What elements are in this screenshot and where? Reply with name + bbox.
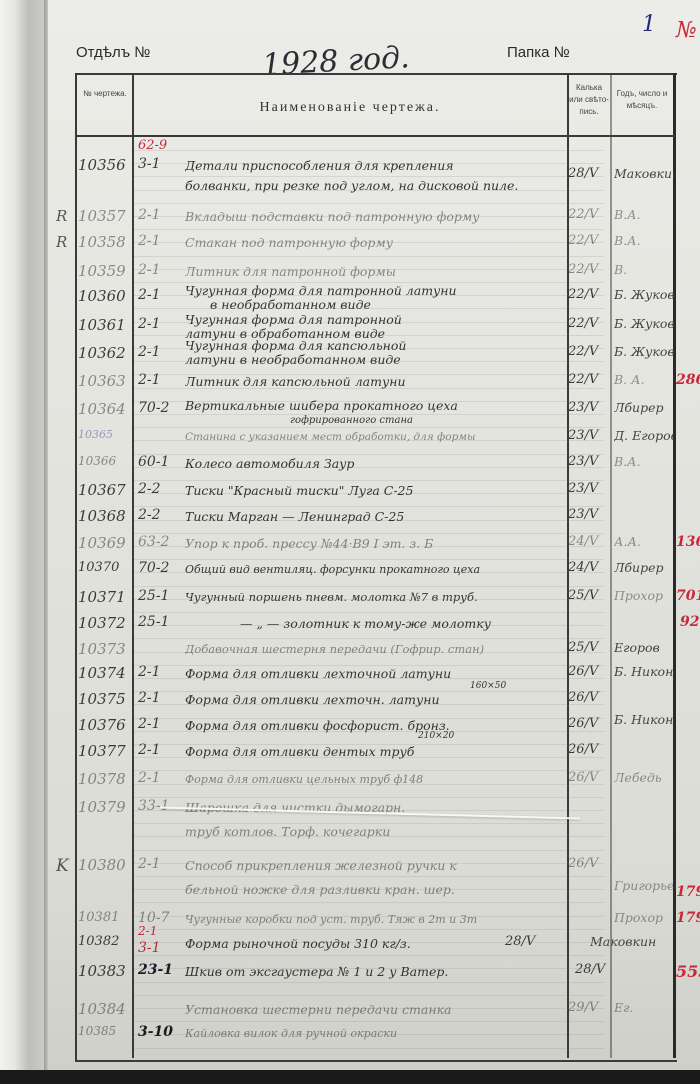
- drawing-number: 10365: [78, 428, 134, 441]
- col-header-title: Наименованіе чертежа.: [135, 100, 565, 116]
- drawing-date: 28/V: [505, 934, 549, 949]
- corner-red-mark: №: [676, 18, 697, 43]
- col-header-number: № чертежа.: [80, 88, 130, 100]
- drawing-date: 25/V: [568, 588, 612, 603]
- drawing-title: Шкив от эксгаустера № 1 и 2 у Ватер.: [185, 962, 565, 981]
- ruled-line: [134, 229, 604, 230]
- drawing-date: 26/V: [568, 856, 612, 871]
- drawing-date: 24/V: [568, 534, 612, 549]
- red-margin-number: 92: [680, 614, 699, 630]
- drawing-code: 2-1: [138, 262, 182, 278]
- drawing-number: 10362: [78, 344, 134, 362]
- drawing-code: 2-1: [138, 287, 182, 303]
- drawing-code: 2-1: [138, 372, 182, 388]
- red-code-annotation: 62-9: [138, 138, 167, 153]
- drawing-number: 10363: [78, 372, 134, 390]
- signature: Прохор: [614, 588, 674, 603]
- drawing-title: Чугунные коробки под уст. труб. Тяж в 2т…: [185, 910, 565, 929]
- red-code-annotation: 2-1: [138, 924, 157, 938]
- drawing-title: Колесо автомобиля Заур: [185, 454, 565, 473]
- drawing-title: Литник для капсюльной латуни: [185, 372, 565, 391]
- drawing-number: 10385: [78, 1024, 134, 1038]
- drawing-code: 70-2: [138, 560, 182, 576]
- drawing-title: Форма для отливки лехточн. латуни: [185, 690, 565, 709]
- signature: А.А.: [614, 534, 674, 549]
- drawing-title: Форма для отливки цельных труб ф148: [185, 770, 565, 789]
- signature: Б. Жуков: [614, 316, 674, 331]
- drawing-date: 26/V: [568, 716, 612, 731]
- col-header-tracing: Калька или свѣто-пись.: [569, 82, 609, 118]
- drawing-code: 2-1: [138, 716, 182, 732]
- drawing-number: 10384: [78, 1000, 134, 1018]
- drawing-code: 63-2: [138, 534, 182, 550]
- drawing-date: 23/V: [568, 400, 612, 415]
- ruled-line: [134, 638, 604, 639]
- signature: Маковкин: [614, 166, 674, 181]
- signature: Григорьев: [614, 878, 674, 893]
- drawing-number: 10360: [78, 287, 134, 305]
- drawing-number: 10380: [78, 856, 134, 874]
- margin-mark: R: [56, 233, 67, 251]
- drawing-code: 25-1: [138, 614, 182, 630]
- drawing-title-cont: труб котлов. Торф. кочегарки: [185, 822, 565, 841]
- drawing-number: 10356: [78, 156, 134, 174]
- drawing-code: 2-1: [138, 690, 182, 706]
- signature: Прохор: [614, 910, 674, 925]
- drawing-code: 25-1: [138, 588, 182, 604]
- drawing-number: 10382: [78, 934, 134, 949]
- signature: Лбирер: [614, 560, 674, 575]
- drawing-title: Общий вид вентиляц. форсунки прокатного …: [185, 560, 565, 579]
- drawing-date: 25/V: [568, 640, 612, 655]
- red-margin-number: 555: [676, 962, 700, 981]
- drawing-code: 2-2: [138, 507, 182, 523]
- drawing-date: 29/V: [568, 1000, 612, 1015]
- signature: В.А.: [614, 233, 674, 248]
- signature: Б. Никонов: [614, 712, 674, 727]
- drawing-number: 10369: [78, 534, 134, 552]
- drawing-title: Стакан под патронную форму: [185, 233, 565, 252]
- ruled-line: [134, 1021, 604, 1022]
- drawing-date: 23/V: [568, 507, 612, 522]
- red-margin-number: 136: [676, 534, 700, 550]
- drawing-code: 3-1: [138, 156, 182, 172]
- drawing-code: 2-1: [138, 856, 182, 872]
- drawing-title: Литник для патронной формы: [185, 262, 565, 281]
- drawing-date: 22/V: [568, 262, 612, 277]
- margin-mark: R: [56, 207, 67, 225]
- drawing-title: Способ прикрепления железной ручки к: [185, 856, 565, 875]
- ruled-line: [134, 982, 604, 983]
- drawing-date: 23/V: [568, 481, 612, 496]
- drawing-date: 22/V: [568, 344, 612, 359]
- drawing-number: 10378: [78, 770, 134, 788]
- header-row-divider: [75, 135, 675, 137]
- drawing-date: 22/V: [568, 207, 612, 222]
- drawing-date: 24/V: [568, 560, 612, 575]
- signature: Ег.: [614, 1000, 674, 1015]
- drawing-code: 2-1: [138, 316, 182, 332]
- drawing-number: 10372: [78, 614, 134, 632]
- drawing-date: 23/V: [568, 454, 612, 469]
- ruled-line: [134, 256, 604, 257]
- drawing-date: 28/V: [568, 166, 612, 181]
- drawing-title: Кайловка вилок для ручной окраски: [185, 1024, 565, 1043]
- drawing-number: 10379: [78, 798, 134, 816]
- drawing-title: Чугунный поршень пневм. молотка №7 в тру…: [185, 588, 565, 607]
- drawing-code: 3-10: [138, 1024, 182, 1040]
- drawing-code: 23-1: [138, 962, 182, 978]
- drawing-number: 10370: [78, 560, 134, 575]
- signature: Лбирер: [614, 400, 674, 415]
- ledger-binding: [0, 0, 48, 1084]
- ruled-line: [134, 876, 604, 877]
- drawing-title: — „ — золотник к тому-же молотку: [240, 614, 620, 633]
- drawing-code: 2-1: [138, 742, 182, 758]
- drawing-number: 10375: [78, 690, 134, 708]
- drawing-number: 10383: [78, 962, 134, 980]
- drawing-code: 3-1: [138, 940, 182, 956]
- ruled-line: [134, 850, 604, 851]
- ruled-line: [134, 955, 604, 956]
- drawing-code: 70-2: [138, 400, 182, 416]
- drawing-title: Установка шестерни передачи станка: [185, 1000, 565, 1019]
- drawing-title-cont: бельной ножке для разливки кран. шер.: [185, 880, 565, 899]
- ruled-line: [134, 902, 604, 903]
- drawing-number: 10359: [78, 262, 134, 280]
- drawing-title: Упор к проб. прессу №44·В9 I эт. з. Б: [185, 534, 565, 553]
- drawing-title: Станина с указанием мест обработки, для …: [185, 428, 565, 447]
- signature: Б. Никонов: [614, 664, 674, 679]
- folder-label: Папка №: [507, 44, 570, 61]
- drawing-date: 22/V: [568, 316, 612, 331]
- drawing-date: 23/V: [568, 428, 612, 443]
- drawing-code: 2-1: [138, 233, 182, 249]
- drawing-title-cont: болванки, при резке под углом, на дисков…: [185, 176, 565, 195]
- drawing-number: 10358: [78, 233, 134, 251]
- drawing-number: 10381: [78, 910, 134, 925]
- signature: В.А.: [614, 207, 674, 222]
- drawing-number: 10364: [78, 400, 134, 418]
- ruled-line: [134, 1048, 604, 1049]
- drawing-code: 2-2: [138, 481, 182, 497]
- drawing-code: 60-1: [138, 454, 182, 470]
- drawing-number: 10368: [78, 507, 134, 525]
- drawing-date: 28/V: [575, 962, 619, 977]
- drawing-number: 10376: [78, 716, 134, 734]
- drawing-title: Детали приспособления для крепления: [185, 156, 565, 175]
- red-margin-number: 286: [676, 372, 700, 388]
- drawing-code: 2-1: [138, 207, 182, 223]
- drawing-number: 10367: [78, 481, 134, 499]
- signature: В. А.: [614, 372, 674, 387]
- drawing-number: 10366: [78, 454, 134, 468]
- signature: Егоров: [614, 640, 674, 655]
- page-number: 1: [642, 12, 656, 37]
- red-margin-number: 1790: [676, 884, 700, 900]
- ruled-line: [134, 203, 604, 204]
- drawing-date: 26/V: [568, 770, 612, 785]
- col-header-date: Годъ, число и мѣсяцъ.: [612, 88, 672, 112]
- signature: Д. Егоров: [614, 428, 674, 443]
- signature: В.: [614, 262, 674, 277]
- drawing-title: Тиски "Красный тиски" Луга С-25: [185, 481, 565, 500]
- signature: В.А.: [614, 454, 674, 469]
- signature: Б. Жуков: [614, 287, 674, 302]
- drawing-title: Тиски Марган — Ленинград С-25: [185, 507, 565, 526]
- drawing-number: 10377: [78, 742, 134, 760]
- ruled-line: [134, 995, 604, 996]
- drawing-code: 2-1: [138, 770, 182, 786]
- signature: Лебедь: [614, 770, 674, 785]
- drawing-date: 22/V: [568, 372, 612, 387]
- drawing-number: 10371: [78, 588, 134, 606]
- ruled-line: [134, 929, 604, 930]
- margin-mark: K: [56, 856, 69, 876]
- signature: Б. Жуков: [614, 344, 674, 359]
- drawing-title: Форма для отливки дентых труб: [185, 742, 565, 761]
- drawing-date: 26/V: [568, 690, 612, 705]
- drawing-number: 10374: [78, 664, 134, 682]
- ruled-line: [134, 612, 604, 613]
- drawing-date: 22/V: [568, 233, 612, 248]
- drawing-number: 10373: [78, 640, 134, 658]
- drawing-title: Добавочная шестерня передачи (Гофрир. ст…: [185, 640, 565, 659]
- drawing-number: 10361: [78, 316, 134, 334]
- drawing-date: 22/V: [568, 287, 612, 302]
- signature: Маковкин: [590, 934, 670, 949]
- ruled-line: [134, 586, 604, 587]
- department-label: Отдѣлъ №: [76, 44, 150, 61]
- ruled-line: [134, 150, 604, 151]
- drawing-number: 10357: [78, 207, 134, 225]
- drawing-title-cont: латуни в необработанном виде: [185, 350, 565, 369]
- drawing-code: 2-1: [138, 344, 182, 360]
- drawing-code: 2-1: [138, 664, 182, 680]
- page-bottom-shadow: [0, 1070, 700, 1084]
- red-margin-number: 1790: [676, 910, 700, 926]
- red-margin-number: 701: [676, 588, 700, 604]
- drawing-date: 26/V: [568, 664, 612, 679]
- drawing-title: Вкладыш подставки под патронную форму: [185, 207, 565, 226]
- drawing-date: 26/V: [568, 742, 612, 757]
